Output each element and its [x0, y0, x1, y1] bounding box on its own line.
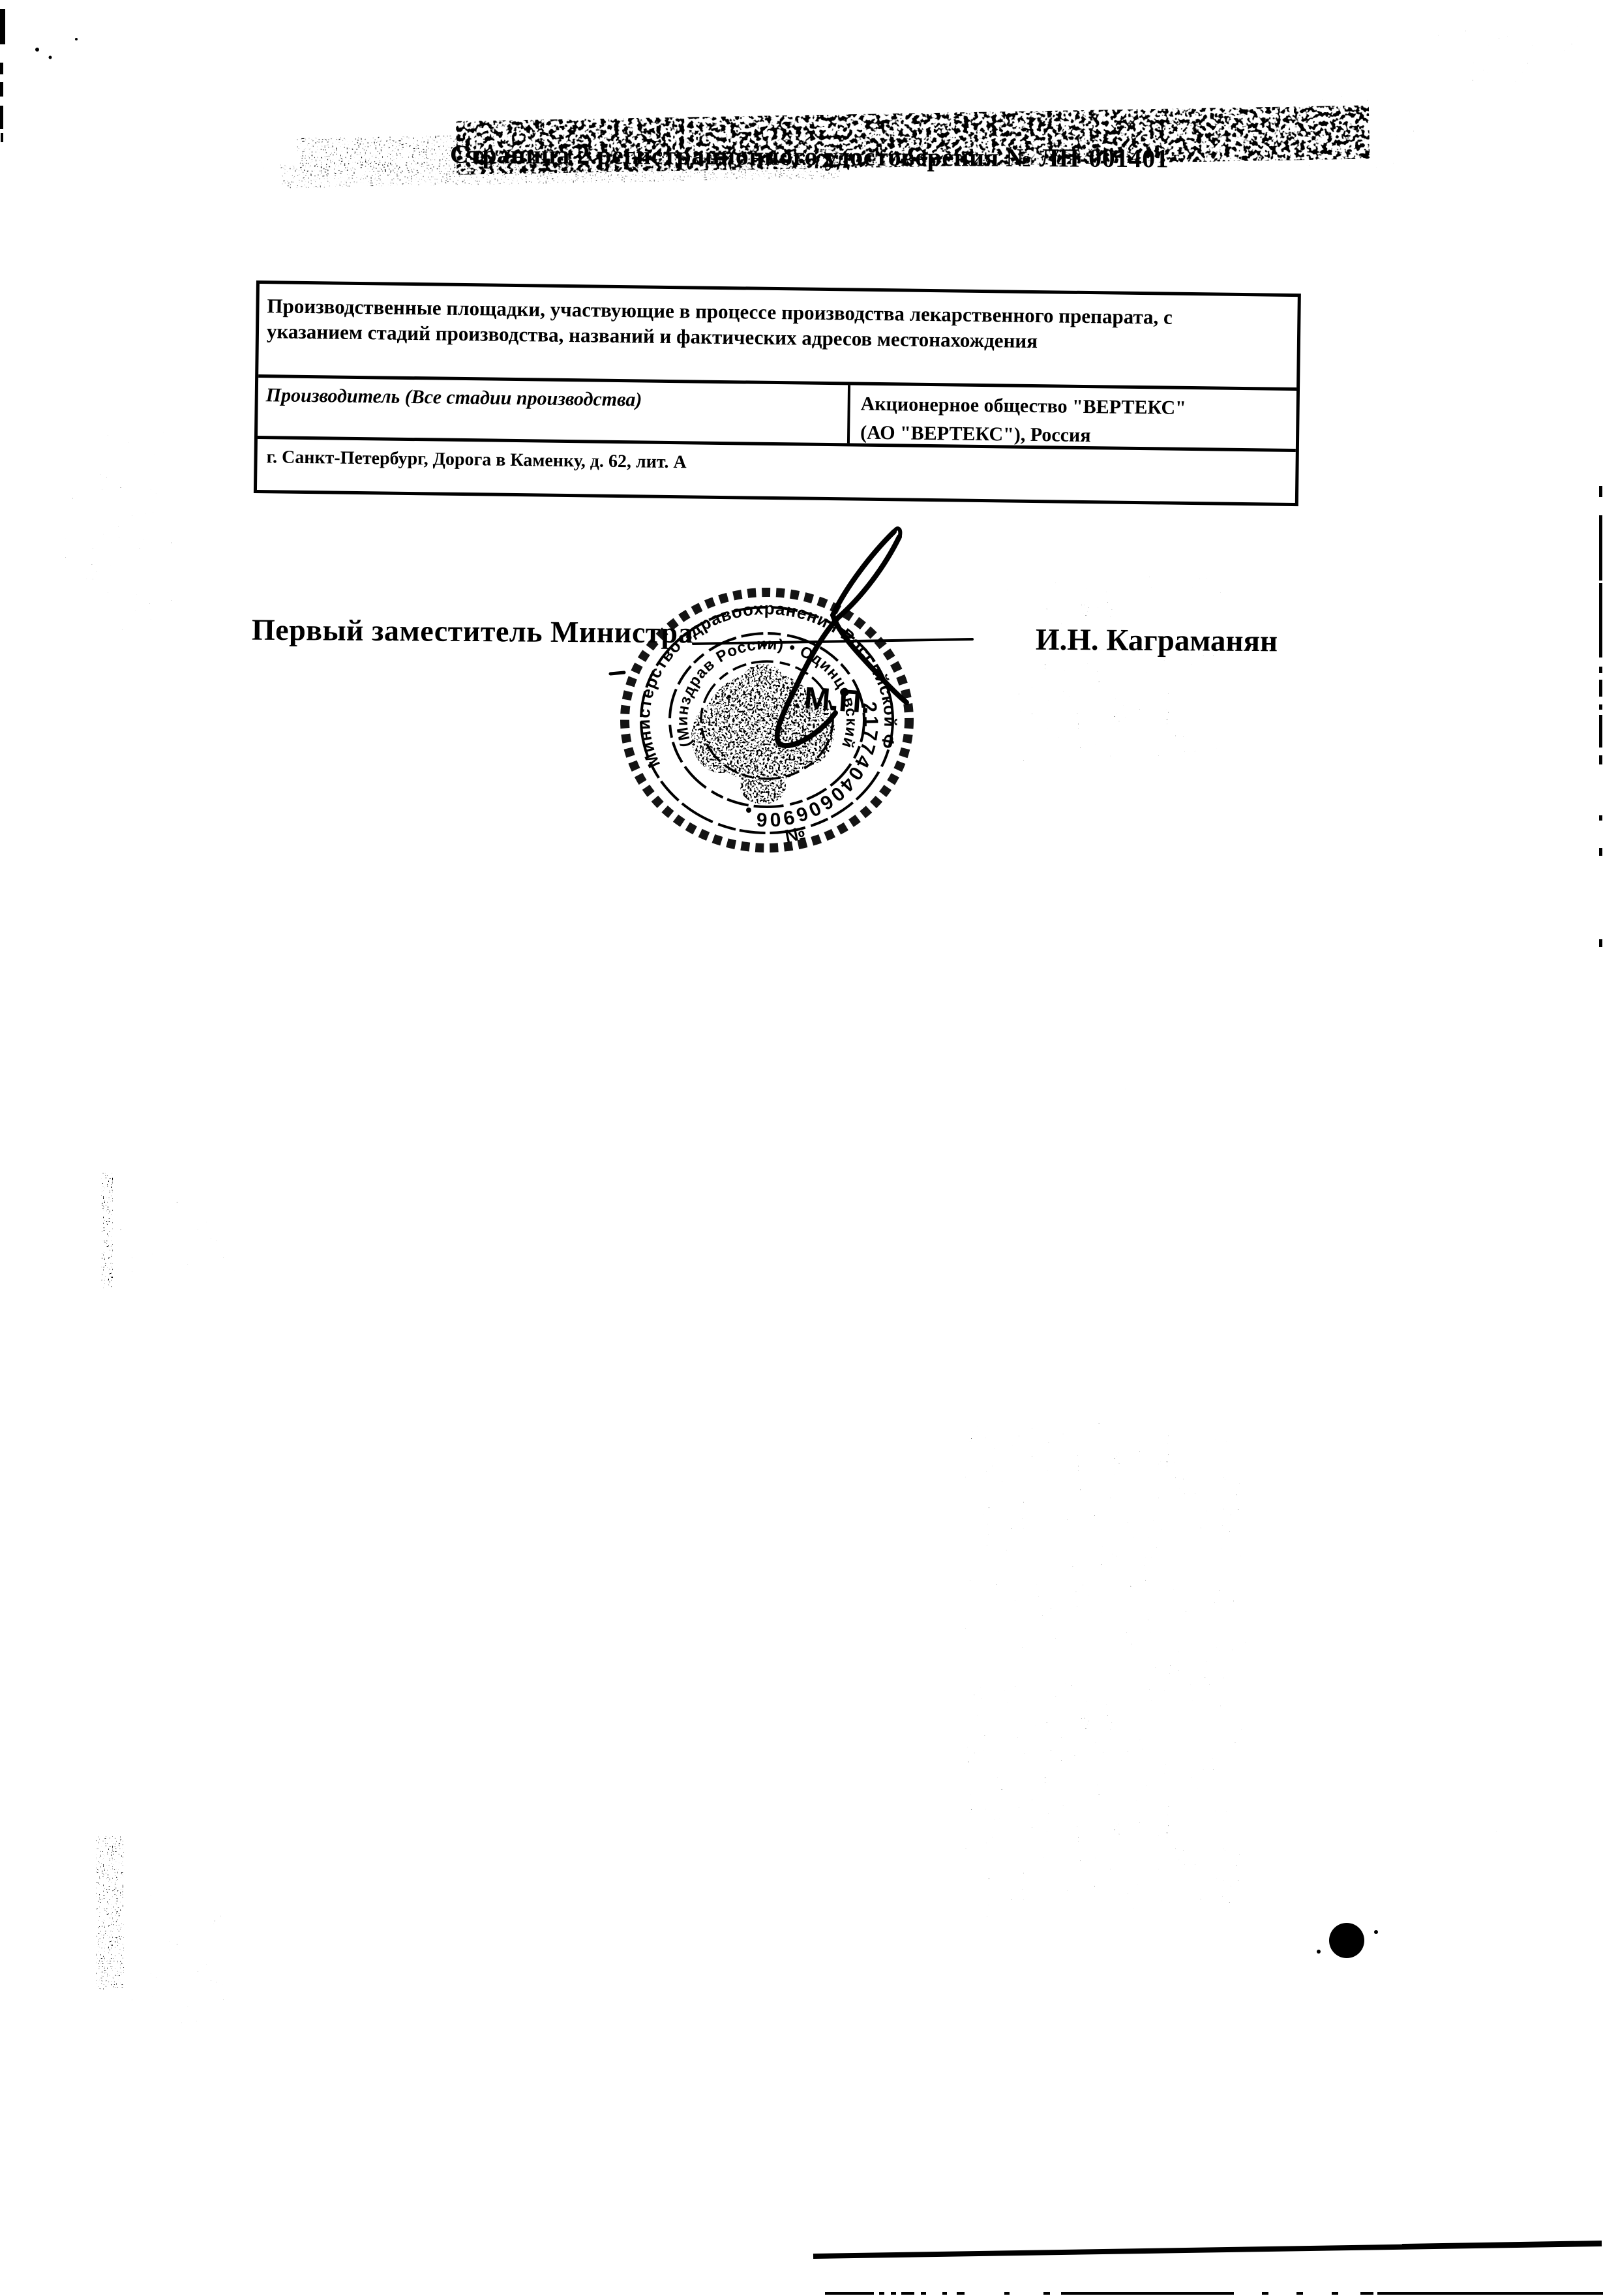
scan-overlay: Министерство здравоохранения Российской …	[0, 0, 1603, 2296]
scanned-document-page: Страница 2 регистрационного удостоверени…	[0, 0, 1603, 2296]
stamp-number-sign: №	[783, 823, 807, 847]
scan-noise-speckles	[0, 0, 1603, 2296]
